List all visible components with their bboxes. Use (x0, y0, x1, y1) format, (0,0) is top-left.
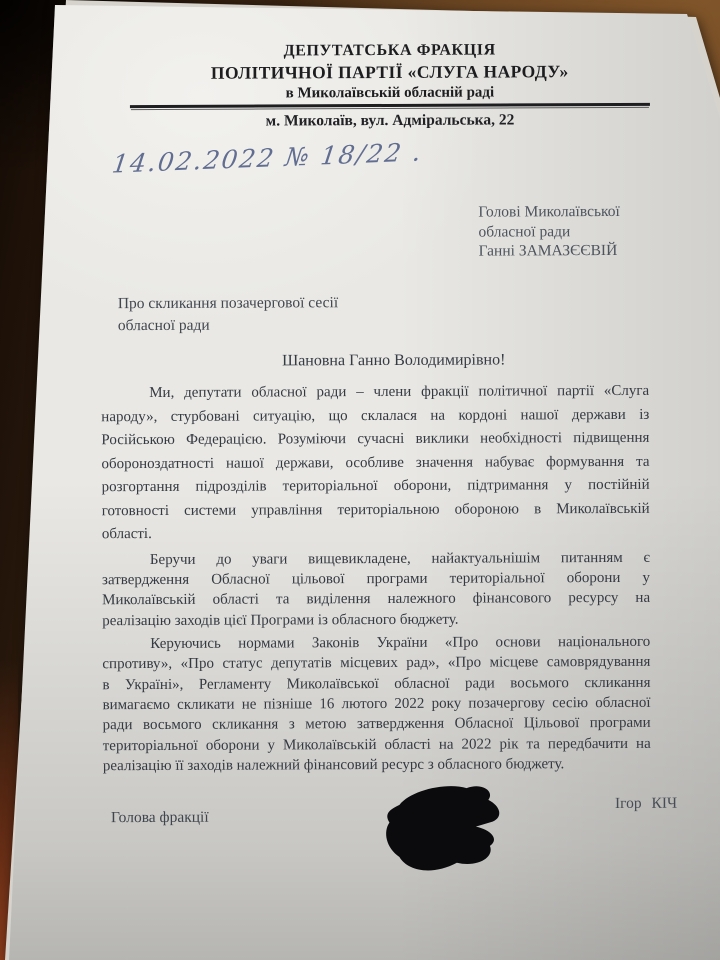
letterhead-address: м. Миколаїв, вул. Адміральська, 22 (130, 111, 650, 131)
subject-line: обласної ради (118, 314, 338, 337)
paper-sheet: ДЕПУТАТСЬКА ФРАКЦІЯ ПОЛІТИЧНОЇ ПАРТІЇ «С… (0, 0, 720, 960)
salutation: Шановна Ганно Володимирівно! (282, 351, 505, 370)
body-line: Миколаївській області та виділення належ… (102, 588, 650, 611)
body-line: вимагаємо скликати не пізніше 16 лютого … (103, 693, 651, 716)
body-line: розгортання підрозділів територіальної о… (102, 474, 650, 500)
letterhead-org-line1: ДЕПУТАТСЬКА ФРАКЦІЯ (130, 39, 650, 62)
addressee-line: Ганні ЗАМАЗЄЄВІЙ (479, 241, 620, 261)
body-line: реалізацію заходів цієї Програми із обла… (102, 609, 650, 632)
body-line: Беручи до уваги вищевикладене, найактуал… (102, 547, 650, 570)
body-line: територіальної оборони у Миколаївській о… (103, 733, 651, 756)
letterhead-org-line3: в Миколаївській обласній раді (130, 82, 650, 104)
handwritten-date-number: 14.02.2022 № 18/22 . (110, 137, 424, 178)
body-line: Російською Федерацією. Розуміючи сучасні… (101, 427, 649, 453)
addressee-block: Голові Миколаївської обласної ради Ганні… (478, 202, 620, 261)
body-line: реалізацію її заходів належний фінансови… (103, 754, 651, 777)
body-line: затвердження Обласної цільової програми … (102, 568, 650, 591)
letter-content: ДЕПУТАТСЬКА ФРАКЦІЯ ПОЛІТИЧНОЇ ПАРТІЇ «С… (0, 0, 720, 960)
redacted-signature-blob (360, 776, 516, 890)
body-paragraphs: Ми, депутати обласної ради – члени фракц… (101, 380, 651, 777)
addressee-line: обласної ради (478, 221, 619, 241)
body-line: готовності системи управління територіал… (102, 497, 650, 523)
body-line: Ми, депутати обласної ради – члени фракц… (101, 380, 649, 406)
letterhead-org-line2: ПОЛІТИЧНОЇ ПАРТІЇ «СЛУГА НАРОДУ» (130, 60, 650, 84)
body-line: в Україні», Регламенту Миколаївської обл… (102, 673, 650, 696)
addressee-line: Голові Миколаївської (478, 202, 619, 222)
letterhead: ДЕПУТАТСЬКА ФРАКЦІЯ ПОЛІТИЧНОЇ ПАРТІЇ «С… (130, 39, 650, 104)
paper-stack: ДЕПУТАТСЬКА ФРАКЦІЯ ПОЛІТИЧНОЇ ПАРТІЇ «С… (0, 0, 720, 960)
signatory-name: Ігор КІЧ (615, 795, 677, 813)
subject-block: Про скликання позачергової сесії обласно… (118, 292, 339, 337)
paragraph: Беручи до уваги вищевикладене, найактуал… (102, 547, 650, 631)
body-line: спротиву», «Про статус депутатів місцеви… (102, 652, 650, 675)
body-line: обороноздатності нашої держави, особливе… (101, 450, 649, 476)
body-line: області. (102, 521, 650, 547)
signature-role: Голова фракції (111, 809, 209, 827)
body-line: народу», стурбовані ситуацію, що склалас… (101, 403, 649, 429)
body-line: ради восьмого скликання з метою затвердж… (103, 713, 651, 736)
subject-line: Про скликання позачергової сесії (118, 292, 338, 315)
body-line: Керуючись нормами Законів України «Про о… (102, 632, 650, 655)
paragraph: Керуючись нормами Законів України «Про о… (102, 632, 651, 776)
paragraph: Ми, депутати обласної ради – члени фракц… (101, 380, 650, 547)
photo-background: ДЕПУТАТСЬКА ФРАКЦІЯ ПОЛІТИЧНОЇ ПАРТІЇ «С… (0, 0, 720, 960)
